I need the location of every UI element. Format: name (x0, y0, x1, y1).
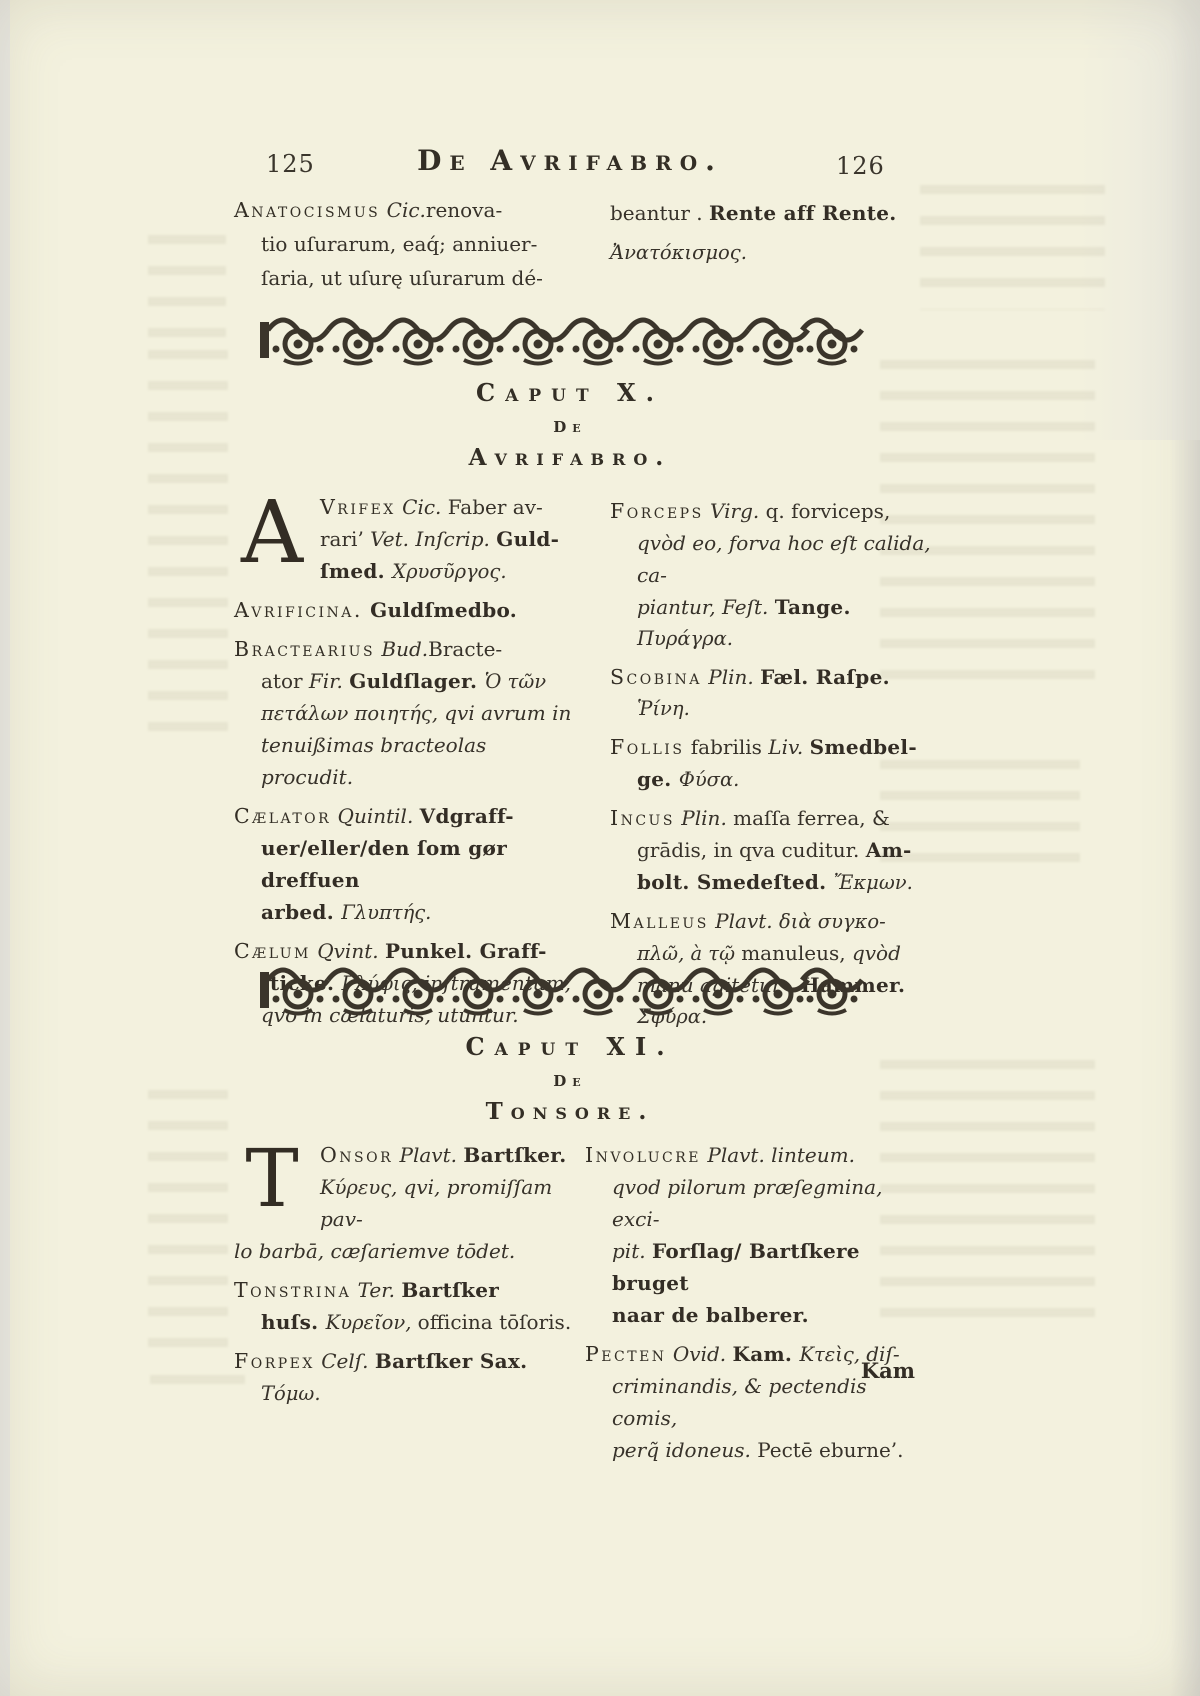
scanned-book-page: 125 De Avrifabro. 126 Anatocismus Cic.re… (0, 0, 1200, 1696)
page-vignette (0, 0, 1200, 1696)
